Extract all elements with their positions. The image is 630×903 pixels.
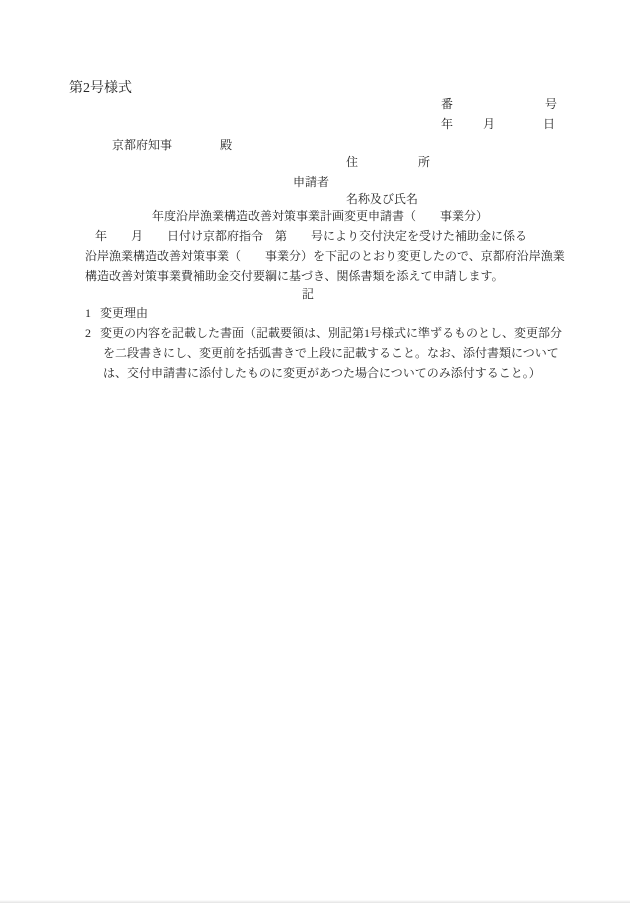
applicant-label: 申請者 xyxy=(293,175,329,189)
body-paragraph-line-2: 沿岸漁業構造改善対策事業（ 事業分）を下記のとおり変更したので、京都府沿岸漁業 xyxy=(85,249,565,263)
list-item-2-line-3: は、交付申請書に添付したものに変更があつた場合についてのみ添付すること。） xyxy=(103,366,541,380)
date-day-label: 日 xyxy=(543,117,555,131)
address-label-end: 所 xyxy=(418,155,430,169)
ref-number-suffix-label: 号 xyxy=(545,97,557,111)
form-number-label: 第2号様式 xyxy=(69,81,132,97)
date-month-label: 月 xyxy=(483,117,495,131)
record-marker: 記 xyxy=(302,287,314,301)
addressee-honorific: 殿 xyxy=(220,138,232,152)
date-year-label: 年 xyxy=(441,117,453,131)
body-paragraph-line-3: 構造改善対策事業費補助金交付要綱に基づき、関係書類を添えて申請します。 xyxy=(85,269,504,283)
address-label-start: 住 xyxy=(346,155,358,169)
list-item-1-text: 変更理由 xyxy=(100,306,148,320)
list-item-1-number: 1 xyxy=(85,306,91,320)
name-and-title-label: 名称及び氏名 xyxy=(346,192,418,206)
document-page: 第2号様式 番 号 年 月 日 京都府知事 殿 住 所 申請者 名称及び氏名 年… xyxy=(0,0,630,903)
list-item-2-number: 2 xyxy=(85,326,91,340)
addressee-title: 京都府知事 xyxy=(112,138,172,152)
list-item-2-line-2: を二段書きにし、変更前を括弧書きで上段に記載すること。なお、添付書類について xyxy=(103,346,559,360)
body-paragraph-line-1: 年 月 日付け京都府指令 第 号により交付決定を受けた補助金に係る xyxy=(95,229,527,243)
ref-number-prefix-label: 番 xyxy=(441,97,453,111)
list-item-2-line-1: 変更の内容を記載した書面（記載要領は、別記第1号様式に準ずるものとし、変更部分 xyxy=(100,326,562,340)
document-title: 年度沿岸漁業構造改善対策事業計画変更申請書（ 事業分） xyxy=(152,209,488,223)
